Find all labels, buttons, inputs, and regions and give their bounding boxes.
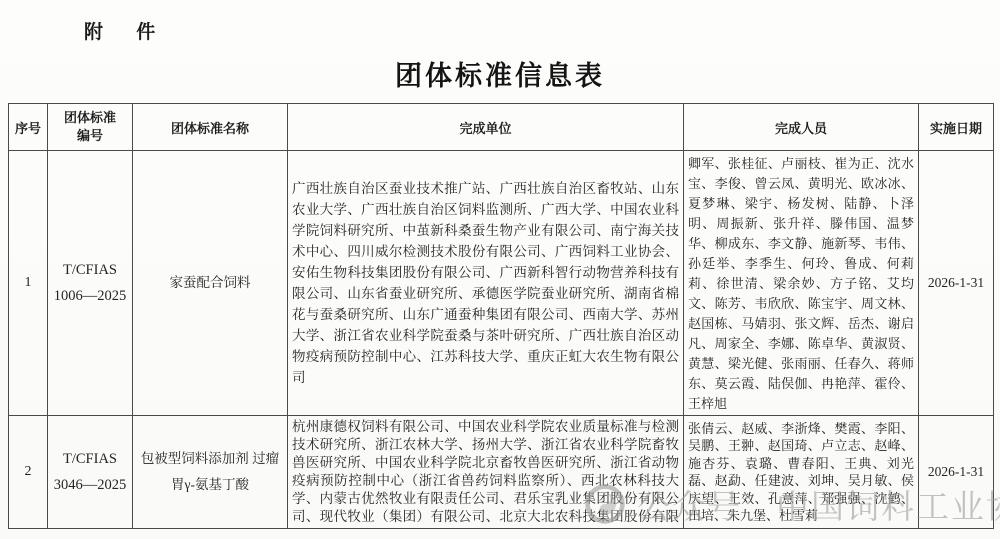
- table-header-row: 序号 团体标准编号 团体标准名称 完成单位 完成人员 实施日期: [9, 104, 994, 151]
- row2-completing-units: 杭州康德权饲料有限公司、中国农业科学院农业质量标准与检测技术研究所、浙江农林大学…: [288, 416, 684, 529]
- table-row: 1 T/CFIAS 1006—2025 家蚕配合饲料 广西壮族自治区蚕业技术推广…: [9, 151, 994, 416]
- row1-standard-name: 家蚕配合饲料: [133, 151, 288, 416]
- standards-table: 序号 团体标准编号 团体标准名称 完成单位 完成人员 实施日期 1 T/CFIA…: [8, 103, 994, 529]
- header-implementation-date: 实施日期: [919, 104, 994, 151]
- page-title: 团体标准信息表: [0, 54, 1000, 93]
- header-standard-name: 团体标准名称: [133, 104, 288, 151]
- header-index: 序号: [9, 104, 48, 151]
- row2-standard-name: 包被型饲料添加剂 过瘤胃γ-氨基丁酸: [133, 416, 288, 529]
- row2-implementation-date: 2026-1-31: [919, 416, 994, 529]
- row2-standard-no-line1: T/CFIAS: [52, 446, 128, 472]
- row1-implementation-date: 2026-1-31: [919, 151, 994, 416]
- row1-standard-no: T/CFIAS 1006—2025: [48, 151, 133, 416]
- header-completing-units: 完成单位: [288, 104, 684, 151]
- table-row: 2 T/CFIAS 3046—2025 包被型饲料添加剂 过瘤胃γ-氨基丁酸 杭…: [9, 416, 994, 529]
- row1-completing-units: 广西壮族自治区蚕业技术推广站、广西壮族自治区畜牧站、山东农业大学、广西壮族自治区…: [288, 151, 684, 416]
- header-completing-people: 完成人员: [684, 104, 919, 151]
- row2-standard-no-line2: 3046—2025: [52, 472, 128, 498]
- row2-index: 2: [9, 416, 48, 529]
- header-standard-no: 团体标准编号: [48, 104, 133, 151]
- row2-standard-no: T/CFIAS 3046—2025: [48, 416, 133, 529]
- row2-completing-people: 张倩云、赵威、李浙烽、樊霞、李阳、吴鹏、王翀、赵国琦、卢立志、赵峰、施杏芬、袁璐…: [684, 416, 919, 529]
- row1-completing-people: 卿军、张桂征、卢丽枝、崔为正、沈水宝、李俊、曾云凤、黄明光、欧冰冰、夏梦琳、梁宇…: [684, 151, 919, 416]
- row1-standard-no-line1: T/CFIAS: [52, 257, 128, 283]
- attachment-label: 附 件: [84, 17, 169, 44]
- row1-index: 1: [9, 151, 48, 416]
- row1-standard-no-line2: 1006—2025: [52, 283, 128, 309]
